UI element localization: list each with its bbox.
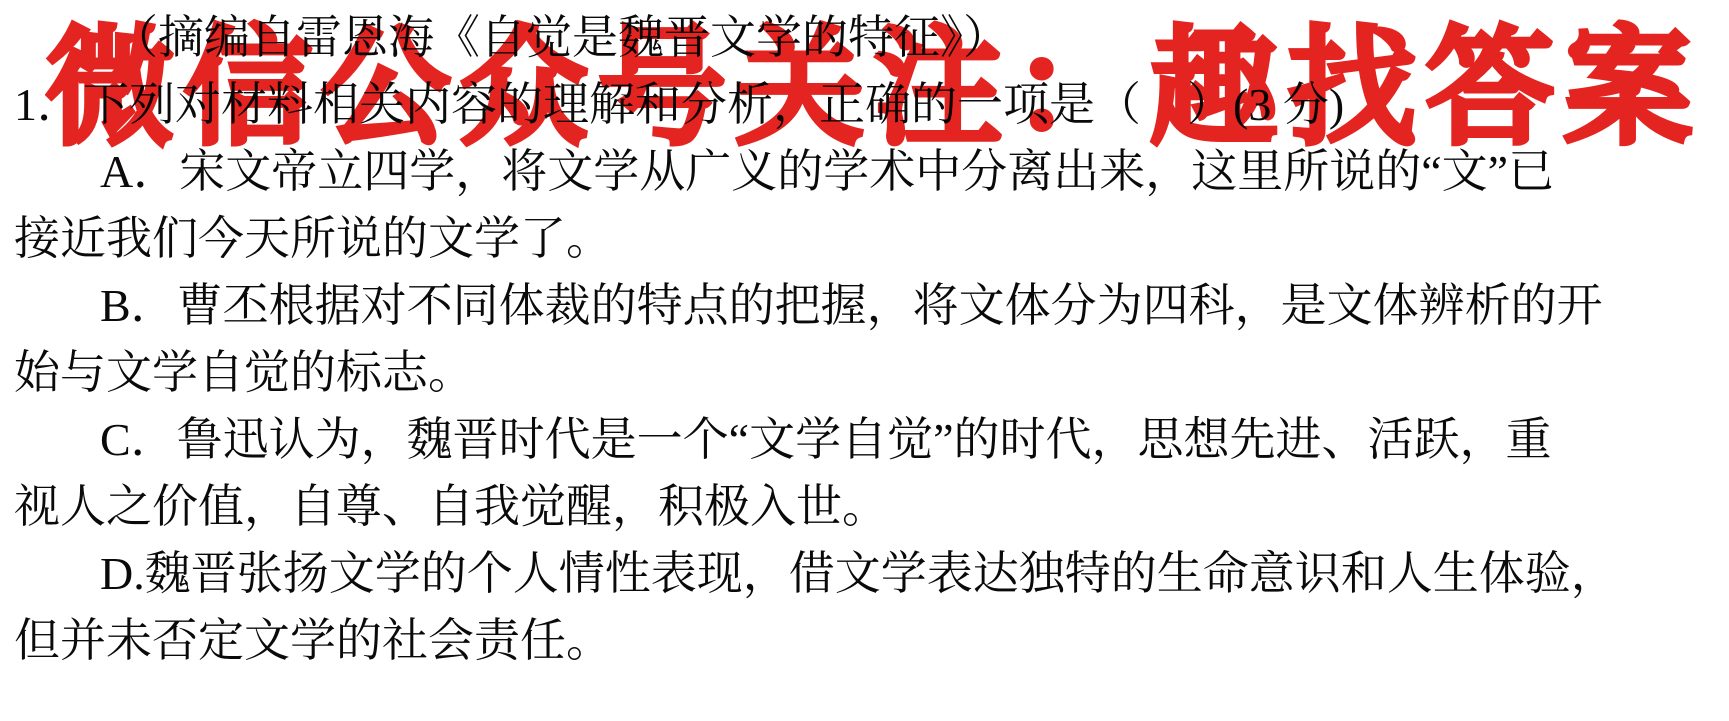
question-stem-line: 1．下列对材料相关内容的理解和分析，正确的一项是（ ）(3 分): [0, 71, 1729, 138]
attribution-line: （摘编自雷恩海《自觉是魏晋文学的特征》）: [0, 4, 1729, 71]
option-c-line-1: C．鲁迅认为，魏晋时代是一个“文学自觉”的时代，思想先进、活跃，重: [0, 406, 1729, 473]
option-b-line-2: 始与文学自觉的标志。: [0, 339, 1729, 406]
exam-page: （摘编自雷恩海《自觉是魏晋文学的特征》） 1．下列对材料相关内容的理解和分析，正…: [0, 0, 1729, 721]
option-a-line-1: A．宋文帝立四学，将文学从广义的学术中分离出来，这里所说的“文”已: [0, 138, 1729, 205]
option-d-line-1: D.魏晋张扬文学的个人情性表现，借文学表达独特的生命意识和人生体验，: [0, 540, 1729, 607]
option-a-line-2: 接近我们今天所说的文学了。: [0, 205, 1729, 272]
question-block: （摘编自雷恩海《自觉是魏晋文学的特征》） 1．下列对材料相关内容的理解和分析，正…: [0, 4, 1729, 674]
option-d-line-2: 但并未否定文学的社会责任。: [0, 607, 1729, 674]
option-b-line-1: B．曹丕根据对不同体裁的特点的把握，将文体分为四科，是文体辨析的开: [0, 272, 1729, 339]
option-c-line-2: 视人之价值，自尊、自我觉醒，积极入世。: [0, 473, 1729, 540]
